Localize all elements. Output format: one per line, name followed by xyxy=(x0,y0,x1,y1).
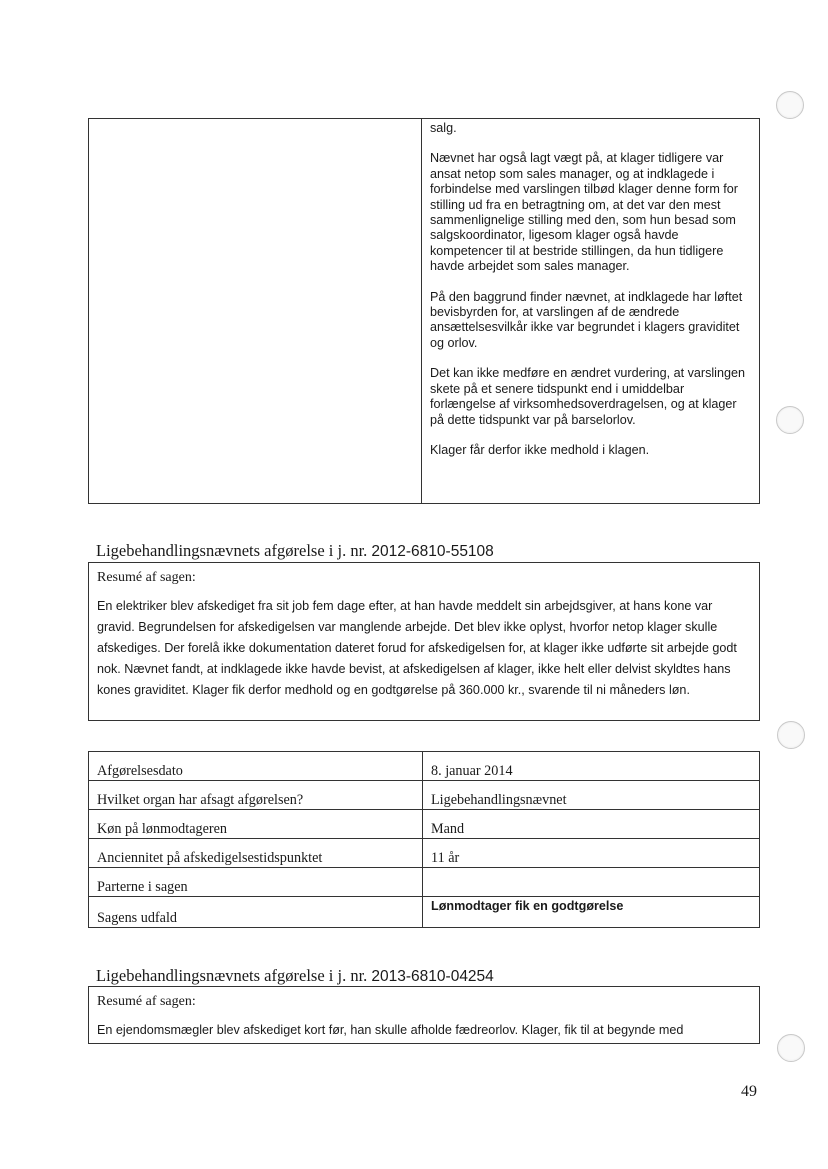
summary-label: Resumé af sagen: xyxy=(97,993,751,1011)
fact-label: Parterne i sagen xyxy=(89,868,423,897)
fact-label: Køn på lønmodtageren xyxy=(89,810,423,839)
case-heading: Ligebehandlingsnævnets afgørelse i j. nr… xyxy=(96,541,494,562)
continuation-paragraph: Nævnet har også lagt vægt på, at klager … xyxy=(430,151,753,274)
punch-hole-decoration xyxy=(776,406,804,434)
fact-value: 11 år xyxy=(423,839,760,868)
summary-text: En elektriker blev afskediget fra sit jo… xyxy=(97,596,751,701)
punch-hole-decoration xyxy=(776,91,804,119)
fact-value: Mand xyxy=(423,810,760,839)
continuation-paragraph: salg. xyxy=(430,121,753,136)
punch-hole-decoration xyxy=(777,1034,805,1062)
punch-hole-decoration xyxy=(777,721,805,749)
case-heading-prefix: Ligebehandlingsnævnets afgørelse i j. nr… xyxy=(96,966,371,985)
case-summary-box: Resumé af sagen: En ejendomsmægler blev … xyxy=(88,986,760,1044)
page-number: 49 xyxy=(741,1083,757,1101)
fact-value: 8. januar 2014 xyxy=(423,752,760,781)
fact-value: Ligebehandlingsnævnet xyxy=(423,781,760,810)
case-summary-box: Resumé af sagen: En elektriker blev afsk… xyxy=(88,562,760,721)
continuation-right-cell: salg. Nævnet har også lagt vægt på, at k… xyxy=(422,119,759,503)
case-heading: Ligebehandlingsnævnets afgørelse i j. nr… xyxy=(96,966,494,987)
table-row: Køn på lønmodtageren Mand xyxy=(89,810,760,839)
fact-label: Hvilket organ har afsagt afgørelsen? xyxy=(89,781,423,810)
summary-label: Resumé af sagen: xyxy=(97,569,751,587)
table-row: Sagens udfald Lønmodtager fik en godtgør… xyxy=(89,897,760,928)
case-heading-prefix: Ligebehandlingsnævnets afgørelse i j. nr… xyxy=(96,541,371,560)
table-row: Parterne i sagen xyxy=(89,868,760,897)
continuation-table: salg. Nævnet har også lagt vægt på, at k… xyxy=(88,118,760,504)
continuation-paragraph: På den baggrund finder nævnet, at indkla… xyxy=(430,290,753,352)
fact-label: Sagens udfald xyxy=(89,897,423,928)
continuation-paragraph: Det kan ikke medføre en ændret vurdering… xyxy=(430,366,753,428)
table-row: Hvilket organ har afsagt afgørelsen? Lig… xyxy=(89,781,760,810)
case-number: 2012-6810-55108 xyxy=(371,543,493,560)
case-number: 2013-6810-04254 xyxy=(371,968,493,985)
summary-box-bottom-rule xyxy=(88,1043,760,1044)
fact-value-outcome: Lønmodtager fik en godtgørelse xyxy=(423,897,760,928)
fact-label: Afgørelsesdato xyxy=(89,752,423,781)
continuation-paragraph: Klager får derfor ikke medhold i klagen. xyxy=(430,443,753,458)
table-row: Anciennitet på afskedigelsestidspunktet … xyxy=(89,839,760,868)
continuation-left-cell xyxy=(89,119,422,503)
summary-text: En ejendomsmægler blev afskediget kort f… xyxy=(97,1020,751,1041)
case-facts-table: Afgørelsesdato 8. januar 2014 Hvilket or… xyxy=(88,751,760,928)
fact-value xyxy=(423,868,760,897)
fact-label: Anciennitet på afskedigelsestidspunktet xyxy=(89,839,423,868)
table-row: Afgørelsesdato 8. januar 2014 xyxy=(89,752,760,781)
